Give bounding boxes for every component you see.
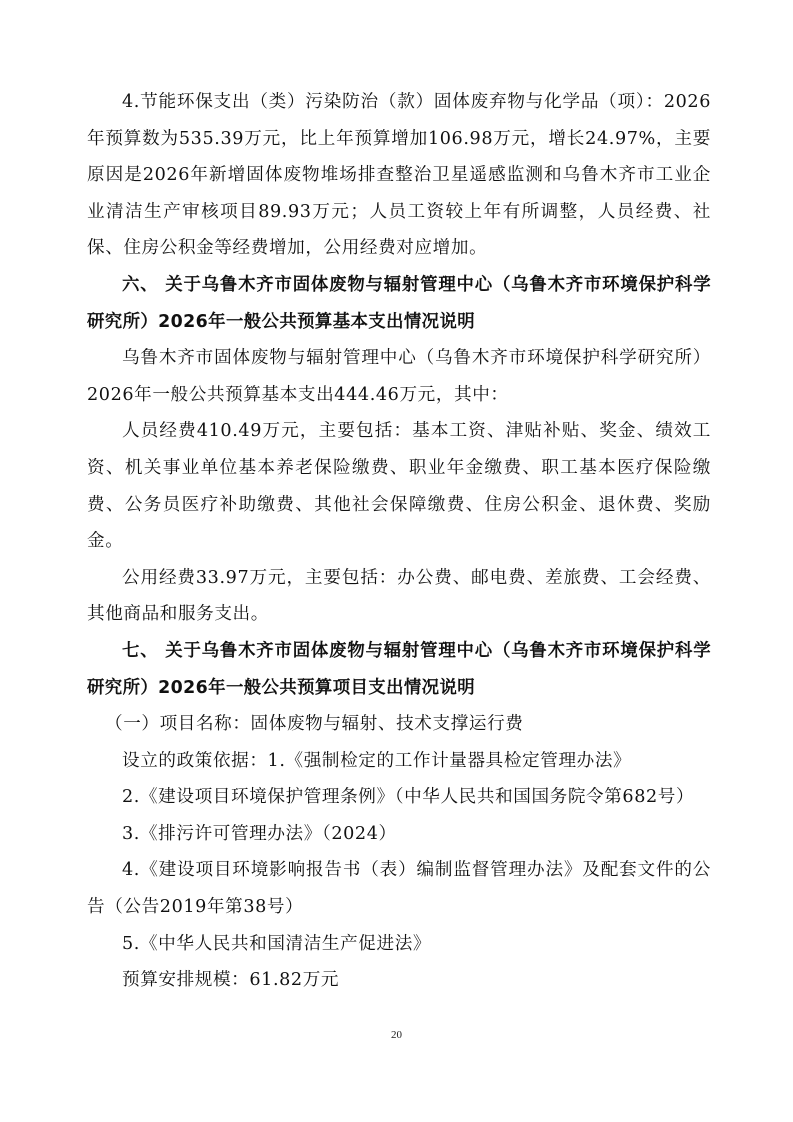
paragraph-personnel-expenses: 人员经费410.49万元，主要包括：基本工资、津贴补贴、奖金、绩效工资、机关事业… (87, 413, 711, 559)
policy-basis-4: 4.《建设项目环境影响报告书（表）编制监督管理办法》及配套文件的公告（公告201… (87, 852, 711, 925)
page-number: 20 (0, 1029, 793, 1041)
paragraph-public-expenses: 公用经费33.97万元，主要包括：办公费、邮电费、差旅费、工会经费、其他商品和服… (87, 560, 711, 633)
policy-basis-3: 3.《排污许可管理办法》（2024） (87, 816, 711, 853)
policy-basis-2: 2.《建设项目环境保护管理条例》（中华人民共和国国务院令第682号） (87, 779, 711, 816)
project-name: （一）项目名称：固体废物与辐射、技术支撑运行费 (87, 706, 711, 743)
paragraph-energy-environment-expenditure: 4.节能环保支出（类）污染防治（款）固体废弃物与化学品（项）：2026年预算数为… (87, 84, 711, 267)
section-heading-seven: 七、 关于乌鲁木齐市固体废物与辐射管理中心（乌鲁木齐市环境保护科学研究所）202… (87, 633, 711, 706)
document-page: 4.节能环保支出（类）污染防治（款）固体废弃物与化学品（项）：2026年预算数为… (87, 84, 711, 999)
policy-basis-1: 设立的政策依据：1.《强制检定的工作计量器具检定管理办法》 (87, 743, 711, 780)
budget-scale: 预算安排规模：61.82万元 (87, 962, 711, 999)
paragraph-basic-expenditure-total: 乌鲁木齐市固体废物与辐射管理中心（乌鲁木齐市环境保护科学研究所）2026年一般公… (87, 340, 711, 413)
policy-basis-5: 5.《中华人民共和国清洁生产促进法》 (87, 926, 711, 963)
section-heading-six: 六、 关于乌鲁木齐市固体废物与辐射管理中心（乌鲁木齐市环境保护科学研究所）202… (87, 267, 711, 340)
